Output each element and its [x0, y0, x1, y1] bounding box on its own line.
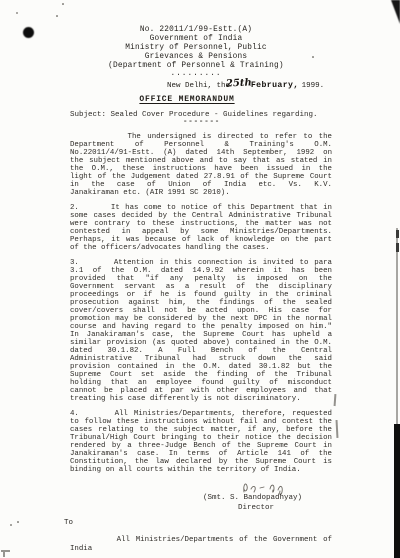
text-line: of the officers/advocates handling the c… — [70, 244, 332, 252]
text-line: All Ministries/Departments of the Govern… — [70, 536, 332, 545]
scan-speck — [16, 12, 18, 14]
scan-tick-mark — [334, 394, 336, 406]
text-line: the subject mentioned above and to say t… — [70, 157, 332, 165]
text-line: provision contained in the O.M. dated 30… — [70, 363, 332, 371]
text-line: dated 30.1.82. A Full Bench of the Centr… — [70, 347, 332, 355]
text-line: 3.1 of the O.M. dated 14.9.92 wherein it… — [70, 267, 332, 275]
text-line: Janakiraman etc. (AIR 1991 SC 2010). — [70, 189, 332, 197]
text-line: were contrary to these instructions, the… — [70, 220, 332, 228]
text-line: similar provision (as quoted above) cont… — [70, 339, 332, 347]
text-line: contested in appeal by some Ministries/D… — [70, 228, 332, 236]
text-line: course and having regard to the penalty … — [70, 323, 332, 331]
text-line: The undersigned is directed to refer to … — [70, 133, 332, 141]
org-line: Government of India — [0, 35, 392, 44]
text-line: binding on all courts within the territo… — [70, 466, 332, 474]
text-line: Department of Personnel & Training's O.M… — [70, 141, 332, 149]
text-line: Tribunal/High Court bringing to their no… — [70, 434, 332, 442]
text-line: Administrative Tribunal had struck down … — [70, 355, 332, 363]
scan-corner-mark — [3, 552, 5, 557]
paragraph-4: 4. All Ministries/Departments, therefore… — [70, 410, 332, 474]
org-line: Grievances & Pensions — [0, 53, 392, 62]
text-line: 4. All Ministries/Departments, therefore… — [70, 410, 332, 418]
scan-speck — [56, 15, 58, 17]
text-line: prosecution against him, the findings of… — [70, 299, 332, 307]
text-line: in the case of Union of India etc. Vs. K… — [70, 181, 332, 189]
text-line: Constitution, the law declared by the Su… — [70, 458, 332, 466]
date-year: 1999. — [302, 82, 325, 90]
text-line: treating his case differently is not dis… — [70, 395, 332, 403]
text-line: cases relating to the subject matter, if… — [70, 426, 332, 434]
scan-speck — [17, 521, 19, 523]
text-line: rendered by a three-Judge Bench of the S… — [70, 442, 332, 450]
text-line: light of the Judgement dated 27.8.91 of … — [70, 173, 332, 181]
text-line: India — [70, 545, 332, 554]
to-label: To — [64, 519, 73, 527]
text-line: cannot be placed at par with other emplo… — [70, 387, 332, 395]
reference-number: No. 22011/1/99-Estt.(A) — [0, 26, 392, 35]
text-line: the O.M., these instructions have been i… — [70, 165, 332, 173]
scan-edge-dash — [396, 230, 399, 238]
text-line: Government servant as a result of the di… — [70, 283, 332, 291]
document-title: OFFICE MEMORANDUM — [0, 95, 374, 104]
scan-corner-shadow — [391, 0, 400, 24]
paragraph-1: The undersigned is directed to refer to … — [70, 133, 332, 197]
text-line: No.22011/4/91-Estt. (A) dated 14th Septe… — [70, 149, 332, 157]
signatory-designation: Director — [203, 504, 309, 512]
scanned-memo-page: No. 22011/1/99-Estt.(A) Government of In… — [0, 0, 400, 558]
divider-dots: ......... — [0, 71, 392, 78]
subject-underline-dashes: ------- — [183, 118, 220, 126]
scan-edge-dash — [396, 243, 399, 252]
text-line: cover/covers shall not be acted upon. Hi… — [70, 307, 332, 315]
text-line: provided that "if any penalty is imposed… — [70, 275, 332, 283]
text-line: Janakiraman's case. In terms of Article … — [70, 450, 332, 458]
scan-edge-shadow — [394, 424, 400, 558]
text-line: holding that an employee found guilty of… — [70, 379, 332, 387]
text-line: proceedings or if he is found guilty in … — [70, 291, 332, 299]
paragraph-2: 2. It has come to notice of this Departm… — [70, 204, 332, 252]
signatory-name: (Smt. S. Bandopadhyay) — [203, 494, 302, 502]
text-line: Perhaps, it was because of lack of knowl… — [70, 236, 332, 244]
scan-tick-mark — [336, 420, 338, 438]
scan-speck — [62, 3, 64, 5]
letterhead: No. 22011/1/99-Estt.(A) Government of In… — [0, 26, 392, 78]
memo-body: The undersigned is directed to refer to … — [70, 133, 332, 481]
handwritten-day: 25th — [226, 77, 252, 89]
org-line: Ministry of Personnel, Public — [0, 44, 392, 53]
text-line: to follow these instructions without fai… — [70, 418, 332, 426]
text-line: 2. It has come to notice of this Departm… — [70, 204, 332, 212]
addressee-block: All Ministries/Departments of the Govern… — [70, 536, 332, 553]
scan-speck — [10, 524, 12, 526]
text-line: 3. Attention in this connection is invit… — [70, 259, 332, 267]
text-line: some cases decided by the Central Admini… — [70, 212, 332, 220]
place-date-prefix: New Delhi, the — [167, 82, 230, 90]
place-date-line: New Delhi, the25thFebruary,1999. — [167, 79, 324, 90]
text-line: Supreme Court set aside the finding of t… — [70, 371, 332, 379]
scan-edge-line — [396, 228, 398, 426]
text-line: In Janakiraman's case, the Supreme Court… — [70, 331, 332, 339]
stamped-month: February, — [251, 81, 299, 90]
text-line: promotion may be considered by the next … — [70, 315, 332, 323]
paragraph-3: 3. Attention in this connection is invit… — [70, 259, 332, 403]
